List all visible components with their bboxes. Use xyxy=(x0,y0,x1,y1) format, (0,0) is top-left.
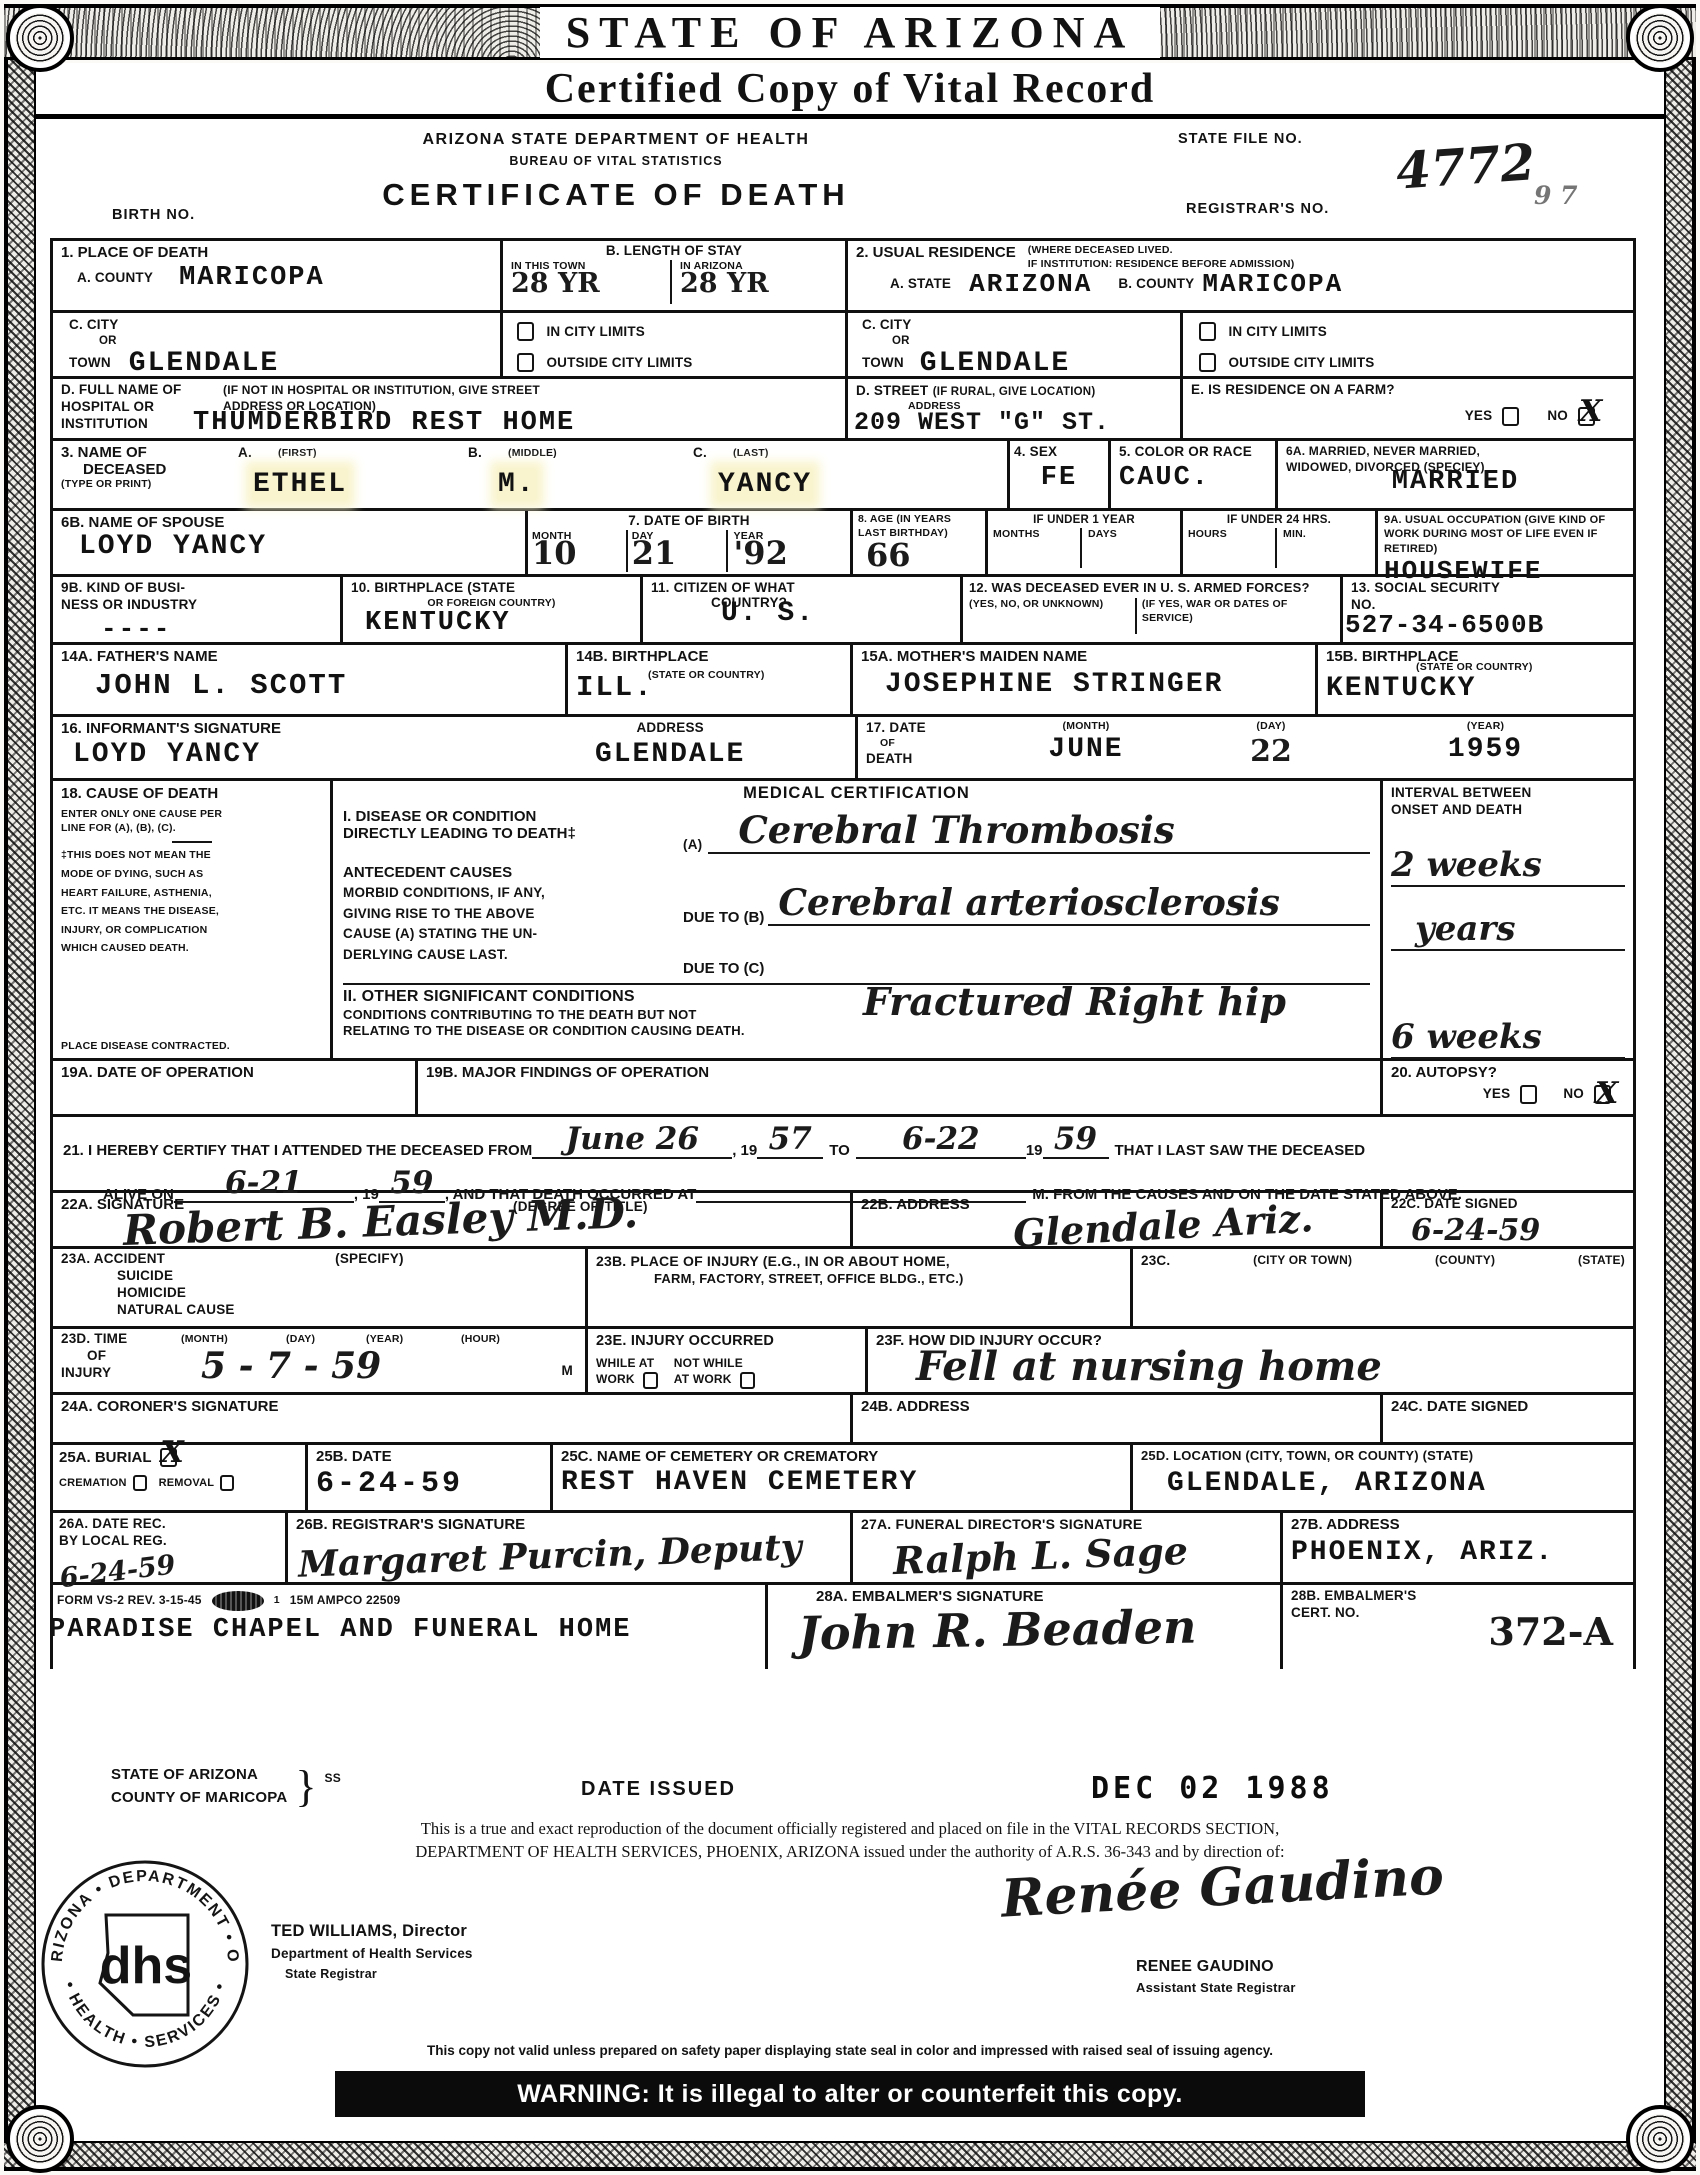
last-name-value: YANCY xyxy=(718,469,812,500)
toi-label1: 23D. TIME xyxy=(61,1331,181,1348)
corner-rosette-top-left xyxy=(6,4,74,72)
director-name: TED WILLIAMS, Director xyxy=(271,1921,473,1942)
state-banner: STATE OF ARIZONA xyxy=(4,4,1696,60)
spouse-label: 6B. NAME OF SPOUSE xyxy=(61,514,517,531)
father-birthplace-paren: (STATE OR COUNTRY) xyxy=(648,669,765,683)
burial-date-label: 25B. DATE xyxy=(316,1448,542,1465)
due-to-b-label: DUE TO (B) xyxy=(683,909,764,926)
physician-signature-value: Robert B. Easley M.D. xyxy=(122,1188,639,1255)
autopsy-yes-label: YES xyxy=(1483,1086,1511,1103)
interval-label1: INTERVAL BETWEEN xyxy=(1391,785,1625,802)
residence-city-cell: C. CITY OR TOWN GLENDALE xyxy=(848,313,1183,376)
certify-y2-label: 19 xyxy=(1026,1142,1043,1159)
spouse-cell: 6B. NAME OF SPOUSE LOYD YANCY xyxy=(53,511,528,574)
father-value: JOHN L. SCOTT xyxy=(95,669,557,702)
funeral-director-address-cell: 27B. ADDRESS PHOENIX, ARIZ. xyxy=(1283,1513,1633,1582)
father-birthplace-label: 14B. BIRTHPLACE xyxy=(576,648,842,665)
burial-mark: X xyxy=(161,1438,184,1468)
interval-label2: ONSET AND DEATH xyxy=(1391,802,1625,819)
first-letter-label: A. xyxy=(238,445,252,462)
hospital-label2: HOSPITAL OR xyxy=(61,399,209,416)
not-while-at-work-checkbox[interactable] xyxy=(740,1372,755,1389)
assistant-registrar-block: RENEE GAUDINO Assistant State Registrar xyxy=(1136,1957,1296,1996)
under24-label: IF UNDER 24 HRS. xyxy=(1188,513,1370,528)
cremation-checkbox[interactable] xyxy=(133,1475,147,1491)
certify-y1-label: , 19 xyxy=(732,1142,757,1159)
residence-in-city-limits-checkbox[interactable] xyxy=(1199,322,1216,341)
dod-label3: DEATH xyxy=(866,751,976,768)
age-label1: 8. AGE (IN YEARS xyxy=(858,513,980,527)
row-accident: 23A. ACCIDENT (SPECIFY) SUICIDE HOMICIDE… xyxy=(53,1249,1633,1329)
border-left-ornament xyxy=(4,4,36,2171)
date-signed-cell: 22C. DATE SIGNED 6-24-59 xyxy=(1383,1193,1633,1246)
coroner-date-cell: 24C. DATE SIGNED xyxy=(1383,1395,1633,1442)
death-outside-city-limits-label: OUTSIDE CITY LIMITS xyxy=(546,355,692,370)
assistant-registrar-name: RENEE GAUDINO xyxy=(1136,1957,1296,1977)
burial-label: 25A. BURIAL xyxy=(59,1449,152,1466)
certificate-title: CERTIFICATE OF DEATH xyxy=(296,177,936,213)
death-city-cell: C. CITY OR TOWN GLENDALE xyxy=(53,313,503,376)
registrar-signature-cell: 26B. REGISTRAR'S SIGNATURE Margaret Purc… xyxy=(288,1513,853,1582)
in-arizona-value: 28 YR xyxy=(680,268,839,299)
death-city-limits-cell: IN CITY LIMITS OUTSIDE CITY LIMITS xyxy=(503,313,848,376)
funeral-director-cell: 27A. FUNERAL DIRECTOR'S SIGNATURE Ralph … xyxy=(853,1513,1283,1582)
row-embalmer: FORM VS-2 REV. 3-15-45 1 15M AMPCO 22509… xyxy=(53,1585,1633,1669)
department-name: ARIZONA STATE DEPARTMENT OF HEALTH xyxy=(336,131,896,149)
registrar-no-extra: 9 7 xyxy=(1534,181,1578,210)
injury-state-label: (STATE) xyxy=(1578,1253,1625,1270)
while-at-work-checkbox[interactable] xyxy=(643,1372,658,1389)
informant-address-label: ADDRESS xyxy=(493,720,847,737)
dob-month-value: 10 xyxy=(532,534,626,572)
medical-certification-cell: MEDICAL CERTIFICATION I. DISEASE OR COND… xyxy=(333,781,1383,1058)
autopsy-yes-checkbox[interactable] xyxy=(1520,1085,1537,1104)
date-signed-label: 22C. DATE SIGNED xyxy=(1391,1196,1625,1213)
director-block: TED WILLIAMS, Director Department of Hea… xyxy=(271,1921,473,1982)
deceased-label2: DECEASED xyxy=(83,461,999,478)
removal-label: REMOVAL xyxy=(159,1476,215,1490)
date-of-operation-label: 19A. DATE OF OPERATION xyxy=(61,1064,407,1081)
deceased-name-cell: 3. NAME OF DECEASED (TYPE OR PRINT) A. (… xyxy=(53,441,1010,508)
injury-county-label: (COUNTY) xyxy=(1435,1253,1495,1270)
document-title-row: Certified Copy of Vital Record xyxy=(36,63,1664,119)
first-paren-label: (FIRST) xyxy=(278,447,317,461)
birthplace-label1: 10. BIRTHPLACE (STATE xyxy=(351,580,632,597)
death-town-label: TOWN xyxy=(69,355,111,372)
last-letter-label: C. xyxy=(693,445,707,462)
coroner-signature-label: 24A. CORONER'S SIGNATURE xyxy=(61,1398,842,1415)
hospital-paren1: (IF NOT IN HOSPITAL OR INSTITUTION, GIVE… xyxy=(223,383,540,399)
sex-label: 4. SEX xyxy=(1014,444,1104,461)
cod-note7: INJURY, OR COMPLICATION xyxy=(61,924,322,938)
footer-county: COUNTY OF MARICOPA xyxy=(111,1789,287,1808)
race-cell: 5. COLOR OR RACE CAUC. xyxy=(1111,441,1278,508)
county-value: MARICOPA xyxy=(179,263,325,293)
accident-specify-label: (SPECIFY) xyxy=(335,1251,404,1268)
accident-cell: 23A. ACCIDENT (SPECIFY) SUICIDE HOMICIDE… xyxy=(53,1249,588,1326)
row-informant-date-of-death: 16. INFORMANT'S SIGNATURE LOYD YANCY ADD… xyxy=(53,717,1633,781)
attestation-line1: This is a true and exact reproduction of… xyxy=(36,1819,1664,1839)
date-issued-label: DATE ISSUED xyxy=(581,1777,736,1802)
certify-y2-value: 59 xyxy=(1054,1121,1097,1157)
row-name-of-deceased: 3. NAME OF DECEASED (TYPE OR PRINT) A. (… xyxy=(53,441,1633,511)
toi-m-label: M xyxy=(562,1363,573,1380)
sex-cell: 4. SEX FE xyxy=(1010,441,1111,508)
middle-letter-label: B. xyxy=(468,445,482,462)
age-value: 66 xyxy=(866,536,980,574)
injury-occurred-label: 23E. INJURY OCCURRED xyxy=(596,1332,857,1350)
mother-birthplace-cell: 15B. BIRTHPLACE (STATE OR COUNTRY) KENTU… xyxy=(1318,645,1633,714)
injury-location-cell: 23C. (CITY OR TOWN) (COUNTY) (STATE) xyxy=(1133,1249,1633,1326)
cod-note1: ENTER ONLY ONE CAUSE PER xyxy=(61,808,322,822)
burial-cell: 25A. BURIAL X CREMATION REMOVAL xyxy=(53,1445,308,1510)
certify-from-value: June 26 xyxy=(566,1121,699,1157)
cod-note8: WHICH CAUSED DEATH. xyxy=(61,942,322,956)
birthplace-value: KENTUCKY xyxy=(365,608,632,638)
row-spouse-dob-age: 6B. NAME OF SPOUSE LOYD YANCY 7. DATE OF… xyxy=(53,511,1633,577)
race-value: CAUC. xyxy=(1119,463,1267,493)
major-findings-label: 19B. MAJOR FINDINGS OF OPERATION xyxy=(426,1064,1372,1081)
last-paren-label: (LAST) xyxy=(733,447,769,461)
other-conditions-note2: RELATING TO THE DISEASE OR CONDITION CAU… xyxy=(343,1023,1370,1039)
not-while-label: NOT WHILE xyxy=(674,1356,755,1372)
county-label: A. COUNTY xyxy=(77,270,153,287)
cod-note6: ETC. IT MEANS THE DISEASE, xyxy=(61,905,322,919)
date-of-operation-cell: 19A. DATE OF OPERATION xyxy=(53,1061,418,1114)
under-24-hrs-cell: IF UNDER 24 HRS. HOURS MIN. xyxy=(1183,511,1378,574)
certificate-body: ARIZONA STATE DEPARTMENT OF HEALTH BUREA… xyxy=(36,119,1664,2141)
director-title: State Registrar xyxy=(285,1967,473,1983)
death-outside-city-limits-checkbox[interactable] xyxy=(517,353,534,372)
marital-label1: 6A. MARRIED, NEVER MARRIED, xyxy=(1286,444,1625,460)
dod-day-value: 22 xyxy=(1196,734,1346,769)
antecedent-label5: DERLYING CAUSE LAST. xyxy=(343,947,683,964)
residence-county-value: MARICOPA xyxy=(1202,269,1343,299)
residence-in-city-limits-label: IN CITY LIMITS xyxy=(1228,324,1327,339)
cod-note2: LINE FOR (A), (B), (C). xyxy=(61,822,322,836)
autopsy-no-checkbox[interactable]: X xyxy=(1594,1085,1611,1104)
mother-birthplace-value: KENTUCKY xyxy=(1326,673,1625,704)
validity-note: This copy not valid unless prepared on s… xyxy=(36,2043,1664,2058)
burial-location-label: 25D. LOCATION (CITY, TOWN, OR COUNTY) (S… xyxy=(1141,1448,1625,1464)
state-county-block: STATE OF ARIZONA COUNTY OF MARICOPA } SS xyxy=(111,1761,341,1812)
dhs-seal: ARIZONA • DEPARTMENT • OF • HEALTH • SER… xyxy=(38,1857,253,2072)
print-code: 15M AMPCO 22509 xyxy=(290,1593,401,1609)
father-birthplace-cell: 14B. BIRTHPLACE (STATE OR COUNTRY) ILL. xyxy=(568,645,853,714)
cemetery-value: REST HAVEN CEMETERY xyxy=(561,1467,1122,1498)
embalmer-cert-label1: 28B. EMBALMER'S xyxy=(1291,1588,1625,1605)
row-business-birthplace: 9B. KIND OF BUSI- NESS OR INDUSTRY ---- … xyxy=(53,577,1633,645)
antecedent-label4: CAUSE (A) STATING THE UN- xyxy=(343,926,683,943)
row-certify-statement: 21. I HEREBY CERTIFY THAT I ATTENDED THE… xyxy=(53,1117,1633,1193)
form-number: FORM VS-2 REV. 3-15-45 xyxy=(57,1593,202,1609)
time-of-injury-cell: 23D. TIME OF INJURY (MONTH) (DAY) (YEAR)… xyxy=(53,1329,588,1392)
armed-forces-label1: 12. WAS DECEASED EVER IN U. S. ARMED FOR… xyxy=(969,580,1334,596)
dod-month-value: JUNE xyxy=(976,734,1196,765)
row-city: C. CITY OR TOWN GLENDALE IN CITY LIMITS … xyxy=(53,313,1633,379)
farm-yes-label: YES xyxy=(1465,408,1493,425)
form-number-cell: FORM VS-2 REV. 3-15-45 1 15M AMPCO 22509… xyxy=(53,1585,768,1669)
armed-forces-cell: 12. WAS DECEASED EVER IN U. S. ARMED FOR… xyxy=(963,577,1343,642)
dod-year-value: 1959 xyxy=(1346,734,1625,765)
cemetery-cell: 25C. NAME OF CEMETERY OR CREMATORY REST … xyxy=(553,1445,1133,1510)
border-bottom-ornament xyxy=(4,2141,1696,2171)
cause-b-value: Cerebral arteriosclerosis xyxy=(778,882,1280,924)
brace-glyph: } xyxy=(295,1761,316,1812)
street-paren: (IF RURAL, GIVE LOCATION) xyxy=(933,386,1096,398)
spouse-value: LOYD YANCY xyxy=(79,531,517,562)
informant-cell: 16. INFORMANT'S SIGNATURE LOYD YANCY ADD… xyxy=(53,717,858,778)
document-title: Certified Copy of Vital Record xyxy=(545,65,1156,113)
funeral-home-value: PARADISE CHAPEL AND FUNERAL HOME xyxy=(49,1615,761,1645)
row-cause-of-death: 18. CAUSE OF DEATH ENTER ONLY ONE CAUSE … xyxy=(53,781,1633,1061)
registrar-no-value: 4772 xyxy=(1394,132,1537,201)
state-file-no-label: STATE FILE NO. xyxy=(1178,131,1303,147)
ssn-value: 527-34-6500B xyxy=(1345,610,1544,640)
state-banner-text: STATE OF ARIZONA xyxy=(540,7,1161,58)
death-in-city-limits-checkbox[interactable] xyxy=(517,322,534,341)
other-conditions-value: Fractured Right hip xyxy=(863,979,1286,1024)
under-1-year-cell: IF UNDER 1 YEAR MONTHS DAYS xyxy=(988,511,1183,574)
major-findings-cell: 19B. MAJOR FINDINGS OF OPERATION xyxy=(418,1061,1383,1114)
row-parents: 14A. FATHER'S NAME JOHN L. SCOTT 14B. BI… xyxy=(53,645,1633,717)
under1-months-label: MONTHS xyxy=(993,528,1082,568)
embalmer-cert-value: 372-A xyxy=(1488,1609,1613,1654)
business-label1: 9B. KIND OF BUSI- xyxy=(61,580,332,597)
citizen-value: U. S. xyxy=(721,598,952,629)
dob-year-value: '92 xyxy=(734,534,847,572)
injury-city-label: (CITY OR TOWN) xyxy=(1253,1253,1352,1270)
ssn-cell: 13. SOCIAL SECURITY NO. 527-34-6500B xyxy=(1343,577,1633,642)
usual-residence-cell: 2. USUAL RESIDENCE (WHERE DECEASED LIVED… xyxy=(848,241,1633,310)
funeral-director-address-label: 27B. ADDRESS xyxy=(1291,1516,1625,1533)
certify-y1-value: 57 xyxy=(769,1121,812,1157)
antecedent-label1: ANTECEDENT CAUSES xyxy=(343,864,683,881)
coroner-address-label: 24B. ADDRESS xyxy=(861,1398,1372,1415)
occupation-label1: 9A. USUAL OCCUPATION (GIVE KIND OF xyxy=(1384,513,1627,527)
corner-rosette-top-right xyxy=(1626,4,1694,72)
death-city-value: GLENDALE xyxy=(129,348,279,379)
certify-p1: 21. I HEREBY CERTIFY THAT I ATTENDED THE… xyxy=(63,1142,532,1159)
residence-outside-city-limits-label: OUTSIDE CITY LIMITS xyxy=(1228,355,1374,370)
under1-days-label: DAYS xyxy=(1082,528,1175,568)
farm-no-label: NO xyxy=(1547,408,1568,425)
antecedent-label3: GIVING RISE TO THE ABOVE xyxy=(343,906,683,923)
farm-no-checkbox[interactable]: X xyxy=(1578,407,1595,426)
dod-day-label: (DAY) xyxy=(1196,720,1346,734)
cod-note3: ‡THIS DOES NOT MEAN THE xyxy=(61,849,322,863)
row-hospital: D. FULL NAME OF HOSPITAL OR INSTITUTION … xyxy=(53,379,1633,441)
burial-location-value: GLENDALE, ARIZONA xyxy=(1167,1468,1625,1499)
armed-forces-label2: (YES, NO, OR UNKNOWN) xyxy=(969,598,1137,634)
residence-city-label: C. CITY xyxy=(862,317,911,332)
cause-of-death-label: 18. CAUSE OF DEATH xyxy=(61,785,322,802)
row-physician-signature: 22A. SIGNATURE (DEGREE OR TITLE) Robert … xyxy=(53,1193,1633,1249)
middle-name-value: M. xyxy=(498,469,536,500)
cemetery-label: 25C. NAME OF CEMETERY OR CREMATORY xyxy=(561,1448,1122,1465)
interval-c-value: 6 weeks xyxy=(1391,1017,1542,1057)
race-label: 5. COLOR OR RACE xyxy=(1119,444,1267,461)
autopsy-no-label: NO xyxy=(1563,1086,1584,1103)
row-operation-autopsy: 19A. DATE OF OPERATION 19B. MAJOR FINDIN… xyxy=(53,1061,1633,1117)
occupation-label2: WORK DURING MOST OF LIFE EVEN IF RETIRED… xyxy=(1384,527,1627,556)
cause-a-mark: (A) xyxy=(683,837,702,854)
autopsy-no-mark: X xyxy=(1595,1079,1618,1109)
ssn-label1: 13. SOCIAL SECURITY xyxy=(1351,580,1625,597)
footer-state: STATE OF ARIZONA xyxy=(111,1766,287,1785)
interval-a-value: 2 weeks xyxy=(1391,845,1542,885)
business-label2: NESS OR INDUSTRY xyxy=(61,597,332,614)
mother-cell: 15A. MOTHER'S MAIDEN NAME JOSEPHINE STRI… xyxy=(853,645,1318,714)
father-label: 14A. FATHER'S NAME xyxy=(61,648,557,665)
farm-no-mark: X xyxy=(1579,397,1602,427)
certificate-header: ARIZONA STATE DEPARTMENT OF HEALTH BUREA… xyxy=(36,119,1664,238)
hospital-label3: INSTITUTION xyxy=(61,416,209,433)
dod-month-label: (MONTH) xyxy=(976,720,1196,734)
toi-hour-label: (HOUR) xyxy=(461,1333,500,1347)
funeral-director-value: Ralph L. Sage xyxy=(892,1528,1188,1583)
residence-state-value: ARIZONA xyxy=(969,269,1092,299)
birthplace-cell: 10. BIRTHPLACE (STATE OR FOREIGN COUNTRY… xyxy=(343,577,643,642)
row-registrar: 26A. DATE REC. BY LOCAL REG. 6-24-59 26B… xyxy=(53,1513,1633,1585)
coroner-address-cell: 24B. ADDRESS xyxy=(853,1395,1383,1442)
business-value: ---- xyxy=(101,614,332,644)
corner-rosette-bottom-left xyxy=(6,2105,74,2173)
warning-banner: WARNING: It is illegal to alter or count… xyxy=(335,2071,1365,2117)
dod-label1: 17. DATE xyxy=(866,720,976,737)
date-of-death-cell: 17. DATE OF DEATH (MONTH) JUNE (DAY) 22 … xyxy=(858,717,1633,778)
residence-city-or: OR xyxy=(892,334,1172,348)
union-bug-number: 1 xyxy=(274,1594,280,1608)
cremation-label: CREMATION xyxy=(59,1476,127,1490)
cause-of-death-notes-cell: 18. CAUSE OF DEATH ENTER ONLY ONE CAUSE … xyxy=(53,781,333,1058)
farm-label: E. IS RESIDENCE ON A FARM? xyxy=(1191,382,1625,399)
death-city-or: OR xyxy=(99,334,492,348)
due-to-c-label: DUE TO (C) xyxy=(683,960,764,977)
certify-to-value: 6-22 xyxy=(902,1121,980,1157)
how-injury-occurred-cell: 23F. HOW DID INJURY OCCUR? Fell at nursi… xyxy=(868,1329,1633,1392)
toi-label3: INJURY xyxy=(61,1365,181,1382)
informant-value: LOYD YANCY xyxy=(73,739,493,770)
burial-checkbox[interactable]: X xyxy=(160,1448,177,1467)
dob-day-value: 21 xyxy=(632,534,726,572)
funeral-director-address-value: PHOENIX, ARIZ. xyxy=(1291,1537,1625,1568)
length-of-stay-cell: B. LENGTH OF STAY IN THIS TOWN 28 YR IN … xyxy=(503,241,848,310)
street-address-cell: D. STREET (IF RURAL, GIVE LOCATION) ADDR… xyxy=(848,379,1183,438)
interval-cell: INTERVAL BETWEEN ONSET AND DEATH 2 weeks… xyxy=(1383,781,1633,1058)
dod-year-label: (YEAR) xyxy=(1346,720,1625,734)
certification-footer: STATE OF ARIZONA COUNTY OF MARICOPA } SS… xyxy=(36,1679,1664,2134)
hospital-cell: D. FULL NAME OF HOSPITAL OR INSTITUTION … xyxy=(53,379,848,438)
row-burial: 25A. BURIAL X CREMATION REMOVAL 25B. DAT… xyxy=(53,1445,1633,1513)
street-label: D. STREET xyxy=(856,383,928,398)
certify-statement-cell: 21. I HEREBY CERTIFY THAT I ATTENDED THE… xyxy=(53,1117,1633,1190)
informant-address-value: GLENDALE xyxy=(493,739,847,770)
row-coroner: 24A. CORONER'S SIGNATURE 24B. ADDRESS 24… xyxy=(53,1395,1633,1445)
union-bug-icon xyxy=(212,1591,264,1611)
residence-outside-city-limits-checkbox[interactable] xyxy=(1199,353,1216,372)
father-cell: 14A. FATHER'S NAME JOHN L. SCOTT xyxy=(53,645,568,714)
row-time-of-injury: 23D. TIME OF INJURY (MONTH) (DAY) (YEAR)… xyxy=(53,1329,1633,1395)
death-in-city-limits-label: IN CITY LIMITS xyxy=(546,324,645,339)
citizen-cell: 11. CITIZEN OF WHAT COUNTRY? U. S. xyxy=(643,577,963,642)
toi-value: 5 - 7 - 59 xyxy=(201,1345,381,1387)
business-cell: 9B. KIND OF BUSI- NESS OR INDUSTRY ---- xyxy=(53,577,343,642)
date-received-cell: 26A. DATE REC. BY LOCAL REG. 6-24-59 xyxy=(53,1513,288,1582)
injury-occurred-cell: 23E. INJURY OCCURRED WHILE AT WORK NOT W… xyxy=(588,1329,868,1392)
armed-forces-label3: (IF YES, WAR OR DATES OF SERVICE) xyxy=(1137,598,1334,634)
certify-to-label: TO xyxy=(829,1142,850,1159)
burial-date-cell: 25B. DATE 6-24-59 xyxy=(308,1445,553,1510)
residence-state-label: A. STATE xyxy=(890,276,951,293)
birth-no-label: BIRTH NO. xyxy=(112,207,195,223)
farm-yes-checkbox[interactable] xyxy=(1502,407,1519,426)
interval-b-value: years xyxy=(1415,909,1515,949)
length-of-stay-label: B. LENGTH OF STAY xyxy=(509,243,839,260)
toi-label2: OF xyxy=(87,1348,181,1365)
farm-cell: E. IS RESIDENCE ON A FARM? YES NO X xyxy=(1183,379,1633,438)
accident-label3: HOMICIDE xyxy=(117,1285,577,1302)
place-of-death-label: 1. PLACE OF DEATH xyxy=(61,244,492,261)
usual-residence-label: 2. USUAL RESIDENCE xyxy=(856,244,1016,271)
removal-checkbox[interactable] xyxy=(220,1475,234,1491)
registrar-signature-value: Margaret Purcin, Deputy xyxy=(297,1526,802,1586)
date-issued-stamp: DEC 02 1988 xyxy=(1091,1771,1334,1806)
place-of-injury-cell: 23B. PLACE OF INJURY (E.G., IN OR ABOUT … xyxy=(588,1249,1133,1326)
date-signed-value: 6-24-59 xyxy=(1411,1213,1625,1248)
while-at-label: WHILE AT xyxy=(596,1356,658,1372)
registrar-no-label: REGISTRAR'S NO. xyxy=(1186,201,1329,217)
cod-note5: HEART FAILURE, ASTHENIA, xyxy=(61,887,322,901)
first-name-value: ETHEL xyxy=(253,469,347,500)
autopsy-cell: 20. AUTOPSY? YES NO X xyxy=(1383,1061,1633,1114)
disease-label1: I. DISEASE OR CONDITION xyxy=(343,808,683,825)
sex-value: FE xyxy=(1014,463,1104,493)
informant-label: 16. INFORMANT'S SIGNATURE xyxy=(61,720,493,737)
age-cell: 8. AGE (IN YEARS LAST BIRTHDAY) 66 xyxy=(853,511,988,574)
coroner-date-label: 24C. DATE SIGNED xyxy=(1391,1398,1625,1415)
hospital-value: THUMDERBIRD REST HOME xyxy=(193,408,575,438)
physician-address-label: 22B. ADDRESS xyxy=(861,1196,970,1213)
occupation-cell: 9A. USUAL OCCUPATION (GIVE KIND OF WORK … xyxy=(1378,511,1633,574)
certificate-form: 1. PLACE OF DEATH A. COUNTY MARICOPA B. … xyxy=(50,238,1636,1669)
ss-label: SS xyxy=(325,1771,341,1787)
disease-label2: DIRECTLY LEADING TO DEATH‡ xyxy=(343,825,683,842)
physician-signature-cell: 22A. SIGNATURE (DEGREE OR TITLE) Robert … xyxy=(53,1193,853,1246)
date-of-birth-cell: 7. DATE OF BIRTH MONTH 10 DAY 21 YEAR '9… xyxy=(528,511,853,574)
in-this-town-value: 28 YR xyxy=(511,268,670,299)
at-work-label: AT WORK xyxy=(674,1372,732,1388)
embalmer-cert-cell: 28B. EMBALMER'S CERT. NO. 372-A xyxy=(1283,1585,1633,1669)
injury-location-label: 23C. xyxy=(1141,1253,1170,1270)
medical-certification-title: MEDICAL CERTIFICATION xyxy=(343,783,1370,804)
place-of-injury-label2: FARM, FACTORY, STREET, OFFICE BLDG., ETC… xyxy=(654,1271,1122,1287)
autopsy-label: 20. AUTOPSY? xyxy=(1391,1064,1625,1081)
usual-residence-paren1: (WHERE DECEASED LIVED. xyxy=(1028,244,1295,258)
row-place-of-death: 1. PLACE OF DEATH A. COUNTY MARICOPA B. … xyxy=(53,241,1633,313)
dod-label2: OF xyxy=(880,737,976,751)
physician-address-value: Glendale Ariz. xyxy=(1012,1195,1314,1256)
border-right-ornament xyxy=(1664,4,1696,2171)
date-received-label1: 26A. DATE REC. xyxy=(59,1516,279,1533)
bureau-name: BUREAU OF VITAL STATISTICS xyxy=(336,154,896,168)
embalmer-signature-cell: 28A. EMBALMER'S SIGNATURE John R. Beaden xyxy=(768,1585,1283,1669)
mother-value: JOSEPHINE STRINGER xyxy=(885,669,1307,700)
middle-paren-label: (MIDDLE) xyxy=(508,447,557,461)
certify-p2: THAT I LAST SAW THE DECEASED xyxy=(1115,1142,1366,1159)
under1-label: IF UNDER 1 YEAR xyxy=(993,513,1175,528)
dob-label: 7. DATE OF BIRTH xyxy=(532,513,846,530)
